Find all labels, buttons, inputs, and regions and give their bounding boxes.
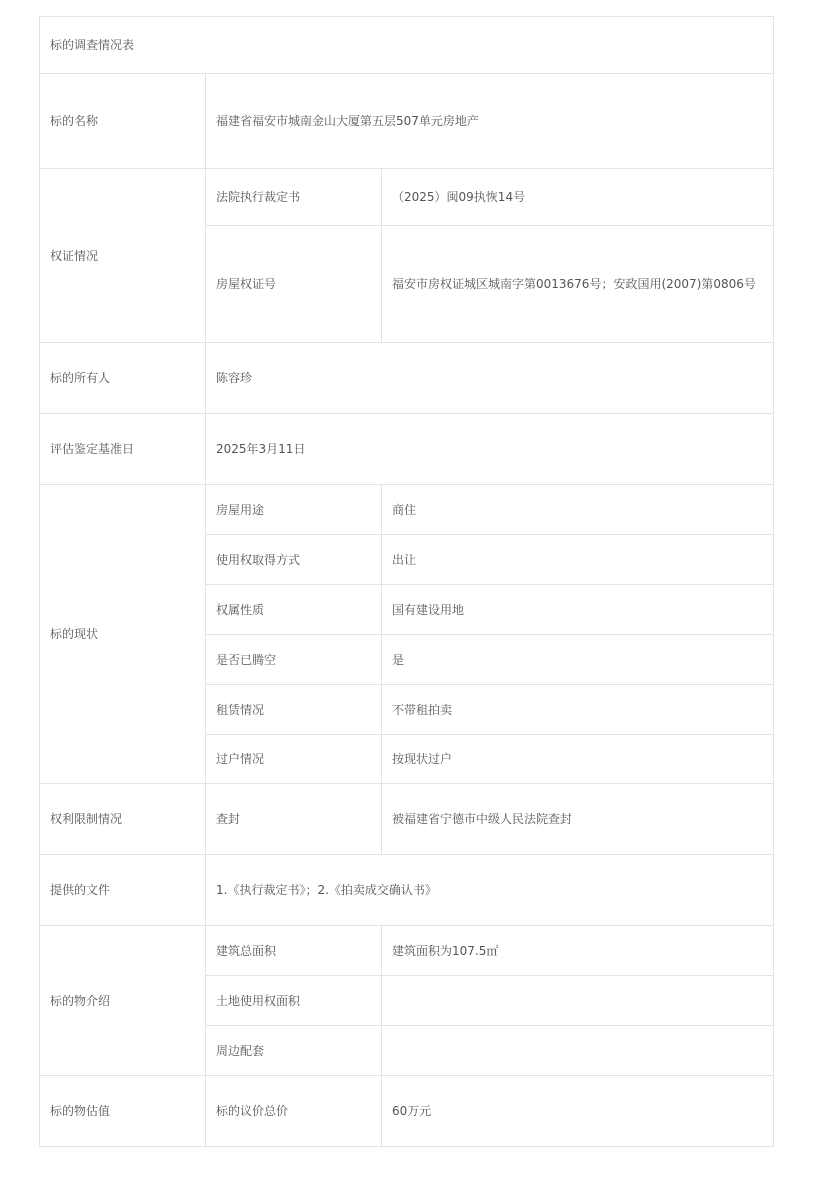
sub-value: （2025）闽09执恢14号	[382, 169, 774, 226]
sub-label: 租赁情况	[206, 685, 382, 735]
row-label: 提供的文件	[40, 855, 206, 926]
sub-value	[382, 976, 774, 1026]
table-row-certificates: 权证情况 法院执行裁定书 （2025）闽09执恢14号	[40, 169, 774, 226]
row-label: 权利限制情况	[40, 784, 206, 855]
sub-label: 房屋用途	[206, 485, 382, 535]
sub-label: 房屋权证号	[206, 226, 382, 343]
table-row-valuation-date: 评估鉴定基准日 2025年3月11日	[40, 414, 774, 485]
sub-label: 权属性质	[206, 585, 382, 635]
table-row-estimate: 标的物估值 标的议价总价 60万元	[40, 1076, 774, 1147]
sub-label: 周边配套	[206, 1026, 382, 1076]
sub-label: 建筑总面积	[206, 926, 382, 976]
sub-value: 按现状过户	[382, 735, 774, 784]
row-label: 标的现状	[40, 485, 206, 784]
row-label: 标的物介绍	[40, 926, 206, 1076]
row-label: 标的名称	[40, 74, 206, 169]
sub-value: 不带租拍卖	[382, 685, 774, 735]
row-label: 标的物估值	[40, 1076, 206, 1147]
sub-label: 标的议价总价	[206, 1076, 382, 1147]
row-value: 1.《执行裁定书》；2.《拍卖成交确认书》	[206, 855, 774, 926]
sub-value: 是	[382, 635, 774, 685]
sub-label: 是否已腾空	[206, 635, 382, 685]
row-value: 陈容珍	[206, 343, 774, 414]
sub-value: 被福建省宁德市中级人民法院查封	[382, 784, 774, 855]
sub-value	[382, 1026, 774, 1076]
sub-value: 建筑面积为107.5㎡	[382, 926, 774, 976]
table-row-owner: 标的所有人 陈容珍	[40, 343, 774, 414]
survey-table: 标的调查情况表 标的名称 福建省福安市城南金山大厦第五层507单元房地产 权证情…	[39, 16, 774, 1147]
sub-value: 商住	[382, 485, 774, 535]
table-row-documents: 提供的文件 1.《执行裁定书》；2.《拍卖成交确认书》	[40, 855, 774, 926]
row-value: 福建省福安市城南金山大厦第五层507单元房地产	[206, 74, 774, 169]
sub-value: 国有建设用地	[382, 585, 774, 635]
row-label: 标的所有人	[40, 343, 206, 414]
table-row-restrictions: 权利限制情况 查封 被福建省宁德市中级人民法院查封	[40, 784, 774, 855]
sub-label: 法院执行裁定书	[206, 169, 382, 226]
table-row-name: 标的名称 福建省福安市城南金山大厦第五层507单元房地产	[40, 74, 774, 169]
table-title: 标的调查情况表	[40, 17, 774, 74]
table-title-row: 标的调查情况表	[40, 17, 774, 74]
sub-value: 60万元	[382, 1076, 774, 1147]
sub-label: 查封	[206, 784, 382, 855]
sub-label: 土地使用权面积	[206, 976, 382, 1026]
row-label: 评估鉴定基准日	[40, 414, 206, 485]
sub-label: 过户情况	[206, 735, 382, 784]
sub-value: 出让	[382, 535, 774, 585]
sub-label: 使用权取得方式	[206, 535, 382, 585]
row-value: 2025年3月11日	[206, 414, 774, 485]
table-row-status: 标的现状 房屋用途 商住	[40, 485, 774, 535]
sub-value: 福安市房权证城区城南字第0013676号；安政国用(2007)第0806号	[382, 226, 774, 343]
table-row-intro: 标的物介绍 建筑总面积 建筑面积为107.5㎡	[40, 926, 774, 976]
row-label: 权证情况	[40, 169, 206, 343]
